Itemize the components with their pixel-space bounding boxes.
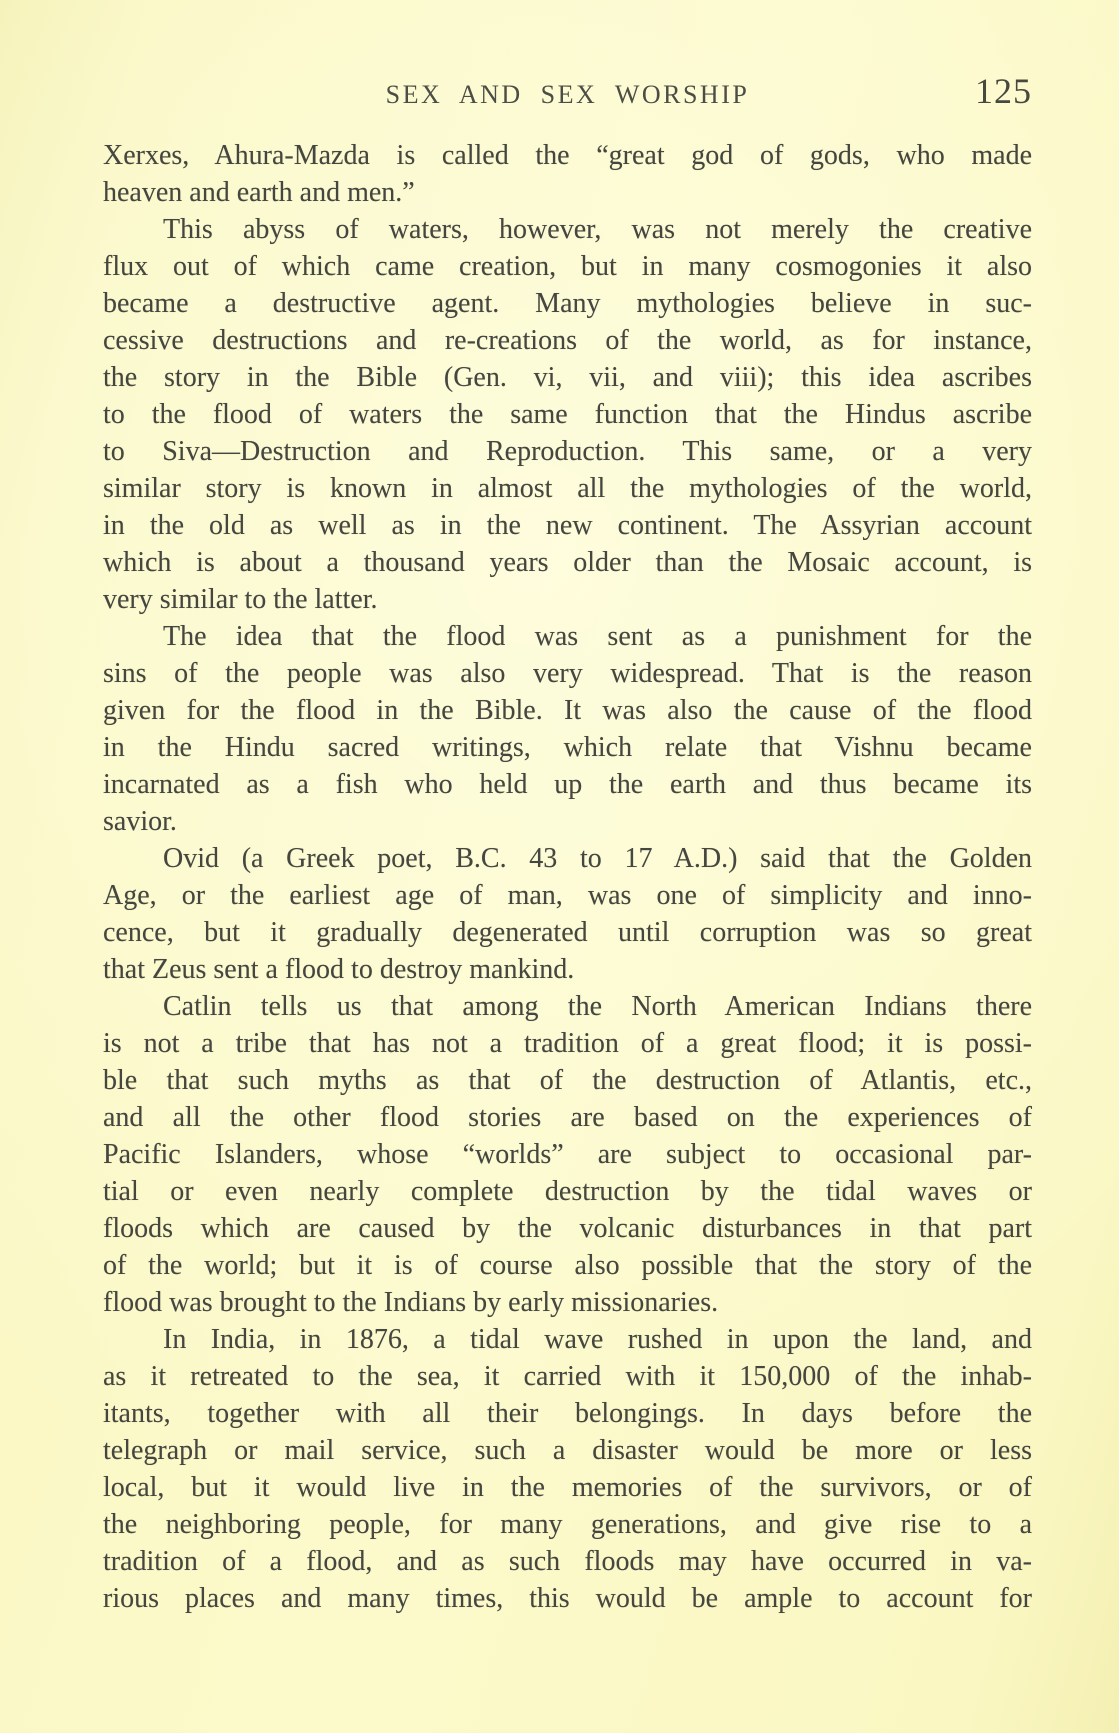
text-line: The idea that the flood was sent as a pu… (103, 618, 1032, 655)
page-number: 125 (975, 76, 1032, 106)
text-line: flood was brought to the Indians by earl… (103, 1284, 1032, 1321)
text-line: as it retreated to the sea, it carried w… (103, 1358, 1032, 1395)
text-line: Ovid (a Greek poet, B.C. 43 to 17 A.D.) … (103, 840, 1032, 877)
book-page: SEX AND SEX WORSHIP 125 Xerxes, Ahura-Ma… (0, 0, 1119, 1733)
text-line: heaven and earth and men.” (103, 174, 1032, 211)
text-line: given for the flood in the Bible. It was… (103, 692, 1032, 729)
text-line: Pacific Islanders, whose “worlds” are su… (103, 1136, 1032, 1173)
paragraph: This abyss of waters, however, was not m… (103, 211, 1032, 618)
text-line: cence, but it gradually degenerated unti… (103, 914, 1032, 951)
text-line: cessive destructions and re-creations of… (103, 322, 1032, 359)
paragraph: In India, in 1876, a tidal wave rushed i… (103, 1321, 1032, 1617)
text-line: and all the other flood stories are base… (103, 1099, 1032, 1136)
text-line: very similar to the latter. (103, 581, 1032, 618)
page-body: Xerxes, Ahura-Mazda is called the “great… (103, 137, 1032, 1617)
text-line: became a destructive agent. Many mytholo… (103, 285, 1032, 322)
text-line: the story in the Bible (Gen. vi, vii, an… (103, 359, 1032, 396)
text-line: the neighboring people, for many generat… (103, 1506, 1032, 1543)
text-line: itants, together with all their belongin… (103, 1395, 1032, 1432)
text-line: tial or even nearly complete destruction… (103, 1173, 1032, 1210)
text-line: is not a tribe that has not a tradition … (103, 1025, 1032, 1062)
text-line: in the Hindu sacred writings, which rela… (103, 729, 1032, 766)
text-line: which is about a thousand years older th… (103, 544, 1032, 581)
text-line: local, but it would live in the memories… (103, 1469, 1032, 1506)
text-line: Catlin tells us that among the North Ame… (103, 988, 1032, 1025)
text-line: savior. (103, 803, 1032, 840)
text-line: This abyss of waters, however, was not m… (103, 211, 1032, 248)
text-line: ble that such myths as that of the destr… (103, 1062, 1032, 1099)
text-line: flux out of which came creation, but in … (103, 248, 1032, 285)
text-line: similar story is known in almost all the… (103, 470, 1032, 507)
text-line: that Zeus sent a flood to destroy mankin… (103, 951, 1032, 988)
text-line: of the world; but it is of course also p… (103, 1247, 1032, 1284)
text-line: tradition of a flood, and as such floods… (103, 1543, 1032, 1580)
text-line: rious places and many times, this would … (103, 1580, 1032, 1617)
running-title: SEX AND SEX WORSHIP (386, 80, 750, 109)
text-line: incarnated as a fish who held up the ear… (103, 766, 1032, 803)
text-line: telegraph or mail service, such a disast… (103, 1432, 1032, 1469)
text-line: floods which are caused by the volcanic … (103, 1210, 1032, 1247)
text-line: In India, in 1876, a tidal wave rushed i… (103, 1321, 1032, 1358)
paragraph: Ovid (a Greek poet, B.C. 43 to 17 A.D.) … (103, 840, 1032, 988)
text-line: sins of the people was also very widespr… (103, 655, 1032, 692)
text-line: to the flood of waters the same function… (103, 396, 1032, 433)
text-line: Xerxes, Ahura-Mazda is called the “great… (103, 137, 1032, 174)
paragraph: The idea that the flood was sent as a pu… (103, 618, 1032, 840)
paragraph: Xerxes, Ahura-Mazda is called the “great… (103, 137, 1032, 211)
text-line: Age, or the earliest age of man, was one… (103, 877, 1032, 914)
paragraph: Catlin tells us that among the North Ame… (103, 988, 1032, 1321)
running-header: SEX AND SEX WORSHIP 125 (103, 80, 1032, 110)
text-line: to Siva—Destruction and Reproduction. Th… (103, 433, 1032, 470)
text-line: in the old as well as in the new contine… (103, 507, 1032, 544)
